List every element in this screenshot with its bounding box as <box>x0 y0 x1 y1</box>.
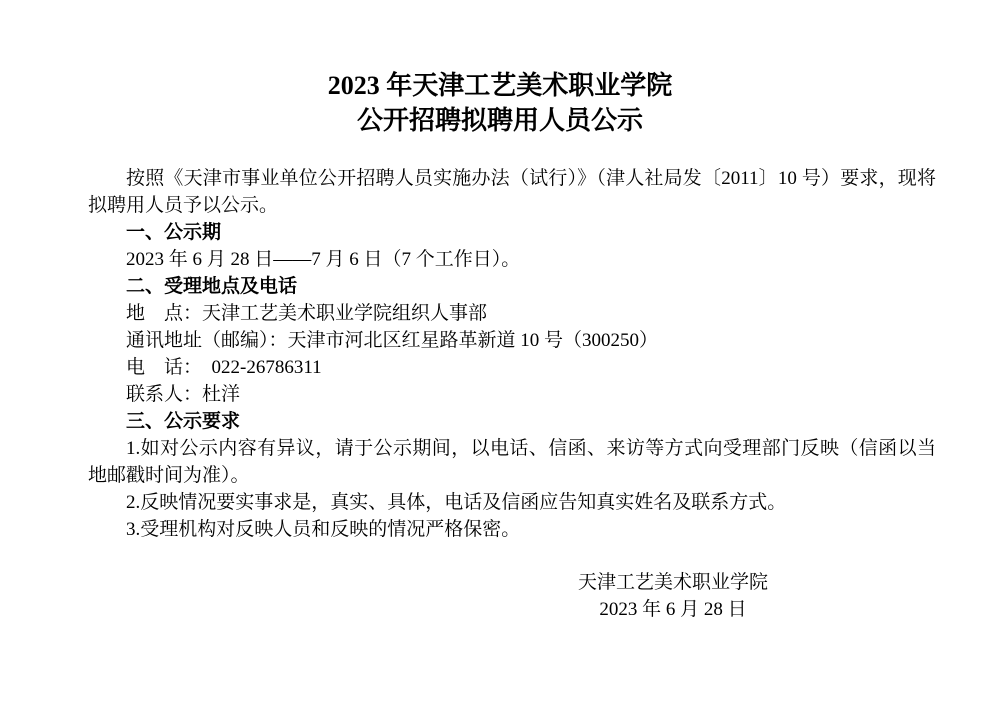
signature-organization: 天津工艺美术职业学院 <box>578 569 768 596</box>
title-line-2: 公开招聘拟聘用人员公示 <box>76 103 924 138</box>
section-3-item-3: 3.受理机构对反映人员和反映的情况严格保密。 <box>88 516 936 543</box>
section-2-address-line: 通讯地址（邮编）：天津市河北区红星路革新道 10 号（300250） <box>88 327 936 354</box>
section-2-contact-line: 联系人：杜洋 <box>88 381 936 408</box>
document-page: 2023 年天津工艺美术职业学院 公开招聘拟聘用人员公示 按照《天津市事业单位公… <box>0 0 1000 707</box>
section-2-phone-line: 电 话： 022-26786311 <box>88 354 936 381</box>
document-title: 2023 年天津工艺美术职业学院 公开招聘拟聘用人员公示 <box>76 68 924 138</box>
section-1-period-line: 2023 年 6 月 28 日——7 月 6 日（7 个工作日）。 <box>88 246 936 273</box>
title-line-1: 2023 年天津工艺美术职业学院 <box>76 68 924 103</box>
section-2-location-line: 地 点：天津工艺美术职业学院组织人事部 <box>88 300 936 327</box>
signature-date: 2023 年 6 月 28 日 <box>578 596 768 623</box>
section-3-heading: 三、公示要求 <box>88 408 936 435</box>
section-1-heading: 一、公示期 <box>88 219 936 246</box>
intro-paragraph: 按照《天津市事业单位公开招聘人员实施办法（试行）》（津人社局发〔2011〕10 … <box>88 165 936 219</box>
section-3-item-1: 1.如对公示内容有异议，请于公示期间，以电话、信函、来访等方式向受理部门反映（信… <box>88 435 936 489</box>
section-2-heading: 二、受理地点及电话 <box>88 273 936 300</box>
signature-block: 天津工艺美术职业学院 2023 年 6 月 28 日 <box>578 569 768 623</box>
section-3-item-2: 2.反映情况要实事求是，真实、具体，电话及信函应告知真实姓名及联系方式。 <box>88 489 936 516</box>
